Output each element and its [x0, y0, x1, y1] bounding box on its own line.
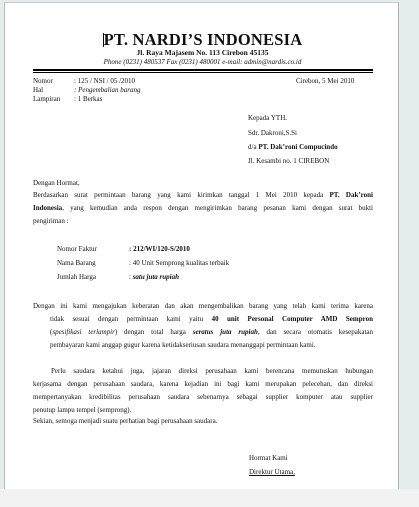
p2-text: tidak sesuai dengan permintaan kami yait…	[50, 315, 212, 323]
signature-title: Direktur Utama,	[249, 468, 295, 476]
harga-amount: satu juta rupiah	[133, 273, 179, 281]
company-name: PT. NARDI’S INDONESIA	[5, 30, 400, 50]
p2-text-3: ) dengan total harga	[115, 328, 193, 336]
recipient-company: PT. Dak’roni Compucindo	[258, 143, 337, 151]
p2-price-bold-italic: seratus juta rupiah	[193, 328, 258, 336]
barang-label: Nama Barang	[57, 259, 96, 267]
recipient-prefix: d/a	[248, 143, 258, 151]
p2-line-3: (spesifikasi terlampir) dengan total har…	[50, 326, 373, 339]
p2-text-4: , dan secara otomatis kesepakatan	[258, 328, 373, 336]
harga-label: Jumlah Harga	[57, 273, 96, 281]
p2-product-bold: 40 unit Personal Computer AMD Sempron	[212, 315, 373, 323]
paragraph-3: Perlu saudara ketahui juga, jajaran dire…	[33, 365, 373, 417]
nomor-label: Nomor	[33, 77, 53, 85]
company-name-text: PT. NARDI’S INDONESIA	[104, 30, 303, 49]
p2-line-2: tidak sesuai dengan permintaan kami yait…	[50, 313, 373, 326]
hal-value: : Pengembalian barang	[74, 86, 141, 94]
p1-company-bold-2: Indonesia	[33, 204, 62, 212]
hal-label: Hal	[33, 86, 43, 94]
letter-date: Cirebon, 5 Mei 2010	[296, 77, 354, 85]
p2-spec-italic: spesifikasi terlampir	[52, 328, 114, 336]
p3-line-3: mempertanyakan kredibilitas perusahaan s…	[33, 391, 373, 404]
paragraph-2-indented: tidak sesuai dengan permintaan kami yait…	[50, 313, 373, 352]
harga-value: : satu juta rupiah	[129, 273, 179, 281]
p3-line-1: Perlu saudara ketahui juga, jajaran dire…	[33, 365, 373, 378]
company-address: Jl. Raya Majasem No. 113 Cirebon 45135	[5, 48, 400, 57]
nomor-value: : 125 / NSI / 05 /2010	[74, 77, 135, 85]
p2-line-4: pembayaran kami anggap gugur karena keti…	[50, 339, 373, 352]
p1-line-2: Indonesia, yang kemudian anda respon den…	[33, 202, 373, 215]
faktur-label: Nomor Faktur	[57, 245, 97, 253]
signature-salutation: Hormat Kami	[249, 454, 288, 462]
recipient-line-1: Kepada YTH.	[248, 114, 287, 122]
paragraph-1: Berdasarkan surat permintaan barang yang…	[33, 189, 373, 228]
p1-company-bold: PT. Dak’roni	[329, 191, 373, 199]
barang-value: : 40 Unit Semprong kualitas terbaik	[129, 259, 229, 267]
p3-line-2: kerjasama dengan perusahaan saudara, kar…	[33, 378, 373, 391]
p2-line-1: Dengan ini kami mengajukan keberatan dan…	[33, 300, 373, 313]
window-bottom-strip	[0, 489, 419, 507]
faktur-value: : 212/WI/120-S/2010	[129, 245, 190, 253]
letterhead-rule-thin	[33, 72, 373, 73]
letterhead-rule-thick	[33, 69, 373, 71]
document-page: PT. NARDI’S INDONESIA Jl. Raya Majasem N…	[4, 2, 399, 489]
paragraph-2: Dengan ini kami mengajukan keberatan dan…	[33, 300, 373, 313]
greeting: Dengan Hormat,	[33, 179, 80, 187]
company-contact: Phone (0231) 480537 Fax (0231) 480001 e-…	[5, 58, 400, 66]
p1-text: Berdasarkan surat permintaan barang yang…	[33, 191, 329, 199]
p3-line-4: penutup lampu tempel (semprong).	[33, 404, 373, 417]
p1-line-1: Berdasarkan surat permintaan barang yang…	[33, 189, 373, 202]
p1-line-3: pengiriman :	[33, 215, 373, 228]
closing-sentence: Sekian, semoga menjadi suatu perhatian b…	[33, 417, 217, 425]
lampiran-label: Lampiran	[33, 95, 60, 103]
recipient-line-4: Jl. Kesambi no. 1 CIREBON	[248, 157, 329, 165]
recipient-line-3: d/a PT. Dak’roni Compucindo	[248, 143, 338, 151]
p1-text-2: , yang kemudian anda respon dengan mengi…	[62, 204, 373, 212]
recipient-line-2: Sdr. Dakroni,S.Si	[248, 129, 297, 137]
lampiran-value: : 1 Berkas	[74, 95, 102, 103]
